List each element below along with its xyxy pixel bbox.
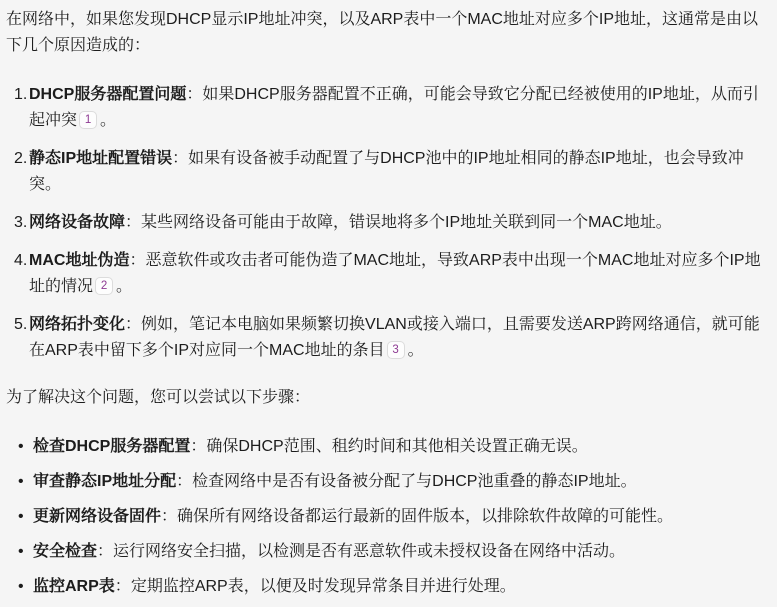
chat-answer-page: { "page": { "background_color": "#f5f5f5… xyxy=(0,0,777,607)
bullet-icon: • xyxy=(18,504,33,530)
step-content: 安全检查：运行网络安全扫描，以检测是否有恶意软件或未授权设备在网络中活动。 xyxy=(33,539,771,565)
cause-title: 静态IP地址配置错误 xyxy=(29,150,172,167)
step-title: 审查静态IP地址分配 xyxy=(33,473,176,490)
intro-paragraph: 在网络中，如果您发现DHCP显示IP地址冲突，以及ARP表中一个MAC地址对应多… xyxy=(6,7,771,59)
step-title: 监控ARP表 xyxy=(33,578,115,595)
step-item-4: • 安全检查：运行网络安全扫描，以检测是否有恶意软件或未授权设备在网络中活动。 xyxy=(18,539,771,565)
cause-tail: 。 xyxy=(116,278,132,295)
cause-item-3: 3. 网络设备故障：某些网络设备可能由于故障，错误地将多个IP地址关联到同一个M… xyxy=(14,210,771,236)
step-sep: ： xyxy=(97,543,113,560)
citation-chip[interactable]: 3 xyxy=(387,341,405,359)
step-item-2: • 审查静态IP地址分配：检查网络中是否有设备被分配了与DHCP池重叠的静态IP… xyxy=(18,469,771,495)
step-title: 安全检查 xyxy=(33,543,97,560)
cause-content: DHCP服务器配置问题：如果DHCP服务器配置不正确，可能会导致它分配已经被使用… xyxy=(29,82,771,134)
cause-sep: ： xyxy=(129,252,145,269)
cause-marker: 4. xyxy=(14,248,29,274)
step-item-1: • 检查DHCP服务器配置：确保DHCP范围、租约时间和其他相关设置正确无误。 xyxy=(18,434,771,460)
step-body: 确保DHCP范围、租约时间和其他相关设置正确无误。 xyxy=(206,438,587,455)
step-sep: ： xyxy=(190,438,206,455)
cause-content: 网络拓扑变化：例如，笔记本电脑如果频繁切换VLAN或接入端口，且需要发送ARP跨… xyxy=(29,312,771,364)
cause-title: MAC地址伪造 xyxy=(29,252,129,269)
cause-item-2: 2. 静态IP地址配置错误：如果有设备被手动配置了与DHCP池中的IP地址相同的… xyxy=(14,146,771,198)
step-sep: ： xyxy=(115,578,131,595)
cause-title: 网络拓扑变化 xyxy=(29,316,125,333)
steps-list: • 检查DHCP服务器配置：确保DHCP范围、租约时间和其他相关设置正确无误。 … xyxy=(6,434,771,600)
step-title: 更新网络设备固件 xyxy=(33,508,161,525)
step-title: 检查DHCP服务器配置 xyxy=(33,438,190,455)
cause-item-1: 1. DHCP服务器配置问题：如果DHCP服务器配置不正确，可能会导致它分配已经… xyxy=(14,82,771,134)
step-content: 监控ARP表：定期监控ARP表，以便及时发现异常条目并进行处理。 xyxy=(33,574,771,600)
step-sep: ： xyxy=(161,508,177,525)
step-content: 检查DHCP服务器配置：确保DHCP范围、租约时间和其他相关设置正确无误。 xyxy=(33,434,771,460)
step-item-3: • 更新网络设备固件：确保所有网络设备都运行最新的固件版本，以排除软件故障的可能… xyxy=(18,504,771,530)
cause-content: 网络设备故障：某些网络设备可能由于故障，错误地将多个IP地址关联到同一个MAC地… xyxy=(29,210,771,236)
cause-content: MAC地址伪造：恶意软件或攻击者可能伪造了MAC地址，导致ARP表中出现一个MA… xyxy=(29,248,771,300)
bullet-icon: • xyxy=(18,434,33,460)
cause-item-4: 4. MAC地址伪造：恶意软件或攻击者可能伪造了MAC地址，导致ARP表中出现一… xyxy=(14,248,771,300)
bullet-icon: • xyxy=(18,539,33,565)
step-body: 确保所有网络设备都运行最新的固件版本，以排除软件故障的可能性。 xyxy=(177,508,673,525)
step-sep: ： xyxy=(176,473,192,490)
bullet-icon: • xyxy=(18,469,33,495)
cause-marker: 2. xyxy=(14,146,29,172)
cause-item-5: 5. 网络拓扑变化：例如，笔记本电脑如果频繁切换VLAN或接入端口，且需要发送A… xyxy=(14,312,771,364)
cause-title: DHCP服务器配置问题 xyxy=(29,86,186,103)
step-body: 检查网络中是否有设备被分配了与DHCP池重叠的静态IP地址。 xyxy=(192,473,636,490)
cause-marker: 3. xyxy=(14,210,29,236)
cause-sep: ： xyxy=(172,150,188,167)
step-body: 运行网络安全扫描，以检测是否有恶意软件或未授权设备在网络中活动。 xyxy=(113,543,625,560)
cause-body: 某些网络设备可能由于故障，错误地将多个IP地址关联到同一个MAC地址。 xyxy=(141,214,672,231)
step-content: 更新网络设备固件：确保所有网络设备都运行最新的固件版本，以排除软件故障的可能性。 xyxy=(33,504,771,530)
causes-list: 1. DHCP服务器配置问题：如果DHCP服务器配置不正确，可能会导致它分配已经… xyxy=(6,82,771,364)
cause-tail: 。 xyxy=(100,112,116,129)
step-body: 定期监控ARP表，以便及时发现异常条目并进行处理。 xyxy=(131,578,516,595)
bullet-icon: • xyxy=(18,574,33,600)
cause-sep: ： xyxy=(186,86,202,103)
cause-sep: ： xyxy=(125,214,141,231)
step-item-5: • 监控ARP表：定期监控ARP表，以便及时发现异常条目并进行处理。 xyxy=(18,574,771,600)
citation-chip[interactable]: 2 xyxy=(95,277,113,295)
cause-title: 网络设备故障 xyxy=(29,214,125,231)
cause-tail: 。 xyxy=(408,342,424,359)
cause-marker: 1. xyxy=(14,82,29,108)
cause-content: 静态IP地址配置错误：如果有设备被手动配置了与DHCP池中的IP地址相同的静态I… xyxy=(29,146,771,198)
step-content: 审查静态IP地址分配：检查网络中是否有设备被分配了与DHCP池重叠的静态IP地址… xyxy=(33,469,771,495)
cause-sep: ： xyxy=(125,316,141,333)
solve-intro-paragraph: 为了解决这个问题，您可以尝试以下步骤： xyxy=(6,385,771,411)
citation-chip[interactable]: 1 xyxy=(79,111,97,129)
cause-marker: 5. xyxy=(14,312,29,338)
